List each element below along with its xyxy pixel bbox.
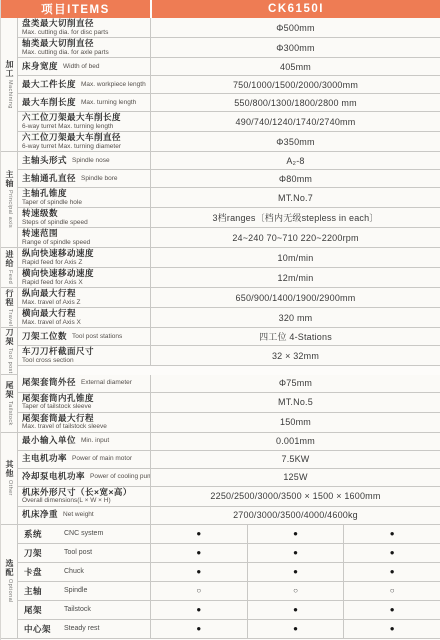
row-value-cell: 24~240 70~710 220~2200rpm (151, 228, 440, 247)
row-value-cell: Φ350mm (151, 132, 440, 151)
row-label-zh: 机床外形尺寸（长×宽×高） (22, 488, 148, 498)
spec-section: 行程Travel纵向最大行程Max. travel of Axis Z650/9… (1, 288, 440, 328)
row-value-text: Φ350mm (276, 137, 314, 147)
row-value-text: 32 × 32mm (272, 351, 319, 361)
section-sidebar-label-zh: 尾架 (5, 381, 13, 399)
row-label-zh: 轴类最大切削直径 (22, 39, 148, 49)
availability-cell: ● (248, 563, 345, 581)
row-label-en: Max. travel of Axis X (22, 319, 148, 326)
section-sidebar: 刀架Tool post (1, 328, 18, 375)
row-label-zh: 车刀刀杆截面尺寸 (22, 347, 148, 357)
section-sidebar-label-en: Principal axis (6, 190, 12, 228)
row-label-zh: 转速范围 (22, 229, 148, 239)
row-label-en: Width of bed (63, 63, 100, 70)
row-label-zh: 纵向快速移动速度 (22, 249, 148, 259)
filled-dot-icon: ● (293, 529, 298, 538)
row-value-text: Φ80mm (279, 174, 312, 184)
availability-cell: ● (248, 601, 345, 619)
section-sidebar: 进给Feed (1, 248, 18, 288)
section-rows: 纵向最大行程Max. travel of Axis Z650/900/1400/… (18, 288, 440, 328)
spec-section: 加工Machining盘类最大切削直径Max. cutting dia. for… (1, 18, 440, 152)
optional-row: 中心架Steady rest●●● (18, 620, 440, 639)
section-sidebar: 选配Optional (1, 525, 18, 639)
row-value-cell: 3档ranges〔档内无级stepless in each〕 (151, 208, 440, 227)
row-label-en: Max. travel of Axis Z (22, 299, 148, 306)
table-row: 主轴头形式Spindle noseA₂-8 (18, 152, 440, 170)
row-label-cell: 尾架Tailstock (18, 601, 151, 619)
row-label-en: Spindle (64, 587, 87, 594)
row-label-cell: 系统CNC system (18, 525, 151, 543)
row-label-zh: 主轴 (24, 585, 64, 597)
row-label-cell: 尾架套筒内孔锥度Taper of tailstock sleeve (18, 393, 151, 412)
row-value-text: 550/800/1300/1800/2800 mm (234, 98, 357, 108)
spec-section: 主轴Principal axis主轴头形式Spindle noseA₂-8主轴通… (1, 152, 440, 248)
row-value-text: 125W (283, 472, 307, 482)
row-label-en: Tool post (64, 549, 92, 556)
row-label-zh: 最小输入单位 (22, 436, 76, 446)
section-sidebar-label-en: Feed (6, 270, 12, 284)
row-label-en: CNC system (64, 530, 103, 537)
row-value-cell: 650/900/1400/1900/2900mm (151, 288, 440, 307)
row-value-cell: Φ500mm (151, 18, 440, 37)
section-rows: 主轴头形式Spindle noseA₂-8主轴通孔直径Spindle boreΦ… (18, 152, 440, 248)
availability-cell: ○ (248, 582, 345, 600)
table-row: 转速级数Steps of spindle speed3档ranges〔档内无级s… (18, 208, 440, 228)
row-label-en: Max. workpiece length (81, 81, 146, 88)
section-sidebar-label-en: Tailstock (6, 401, 12, 426)
row-label-en: Spindle nose (72, 157, 110, 164)
row-label-zh: 六工位刀架最大车削长度 (22, 113, 148, 123)
row-label-en: Tool post stations (72, 333, 122, 340)
open-dot-icon: ○ (390, 586, 395, 595)
row-label-cell: 盘类最大切削直径Max. cutting dia. for disc parts (18, 18, 151, 37)
row-label-cell: 转速级数Steps of spindle speed (18, 208, 151, 227)
row-label-en: Max. turning length (81, 99, 136, 106)
row-label-zh: 盘类最大切削直径 (22, 19, 148, 29)
row-value-text: 2700/3000/3500/4000/4600kg (233, 510, 358, 520)
availability-cell: ● (151, 525, 248, 543)
row-value-cell: Φ300mm (151, 38, 440, 57)
row-label-cell: 六工位刀架最大车削直径6-way turret Max. turning dia… (18, 132, 151, 151)
section-sidebar-label-zh: 行程 (5, 289, 13, 307)
row-label-en: Min. input (81, 437, 109, 444)
section-rows: 系统CNC system●●●刀架Tool post●●●卡盘Chuck●●●主… (18, 525, 440, 639)
open-dot-icon: ○ (293, 586, 298, 595)
availability-cell: ● (344, 620, 440, 638)
optional-section: 选配Optional系统CNC system●●●刀架Tool post●●●卡… (1, 525, 440, 639)
table-row: 六工位刀架最大车削长度6-way turret Max. turning len… (18, 112, 440, 132)
row-value-cell: 四工位 4-Stations (151, 328, 440, 345)
table-row: 尾架套筒外径External diameterΦ75mm (18, 375, 440, 393)
table-row: 转速范围Range of spindle speed24~240 70~710 … (18, 228, 440, 248)
row-label-en: Spindle bore (81, 175, 118, 182)
row-label-cell: 纵向快速移动速度Rapid feed for Axis Z (18, 248, 151, 267)
section-sidebar: 行程Travel (1, 288, 18, 328)
table-header: 项目ITEMS CK6150I (1, 0, 440, 18)
row-label-zh: 刀架工位数 (22, 332, 67, 342)
row-label-en: Power of main motor (72, 455, 132, 462)
spec-section: 进给Feed纵向快速移动速度Rapid feed for Axis Z10m/m… (1, 248, 440, 288)
filled-dot-icon: ● (196, 529, 201, 538)
row-value-cell: MT.No.7 (151, 188, 440, 207)
row-value-cell: A₂-8 (151, 152, 440, 169)
section-sidebar-label-en: Tool post (6, 348, 12, 374)
filled-dot-icon: ● (390, 529, 395, 538)
row-label-cell: 横向最大行程Max. travel of Axis X (18, 308, 151, 327)
row-value-cell: 32 × 32mm (151, 346, 440, 365)
section-rows: 盘类最大切削直径Max. cutting dia. for disc parts… (18, 18, 440, 152)
row-label-cell: 最大工件长度Max. workpiece length (18, 76, 151, 93)
table-row: 主电机功率Power of main motor7.5KW (18, 451, 440, 469)
row-label-zh: 尾架套筒最大行程 (22, 414, 148, 424)
row-value-cell: Φ80mm (151, 170, 440, 187)
row-label-cell: 刀架工位数Tool post stations (18, 328, 151, 345)
row-label-zh: 最大车削长度 (22, 98, 76, 108)
row-label-en: Max. travel of tailstock sleeve (22, 423, 148, 430)
row-value-text: 490/740/1240/1740/2740mm (236, 117, 356, 127)
row-label-en: Tailstock (64, 606, 91, 613)
availability-cell: ● (344, 544, 440, 562)
availability-cell: ● (151, 563, 248, 581)
row-label-en: Steady rest (64, 625, 99, 632)
row-label-cell: 尾架套筒最大行程Max. travel of tailstock sleeve (18, 413, 151, 432)
row-value-cell: 405mm (151, 58, 440, 75)
spec-table-body: 加工Machining盘类最大切削直径Max. cutting dia. for… (1, 18, 440, 639)
row-value-text: 2250/2500/3000/3500 × 1500 × 1600mm (210, 491, 380, 501)
filled-dot-icon: ● (196, 624, 201, 633)
row-value-cell: 0.001mm (151, 433, 440, 450)
row-label-zh: 中心架 (24, 623, 64, 635)
section-rows: 刀架工位数Tool post stations四工位 4-Stations车刀刀… (18, 328, 440, 375)
row-value-cell: 320 mm (151, 308, 440, 327)
optional-row: 尾架Tailstock●●● (18, 601, 440, 620)
row-value-text: Φ75mm (279, 378, 312, 388)
availability-cell: ● (248, 544, 345, 562)
filled-dot-icon: ● (196, 548, 201, 557)
row-value-cell: 125W (151, 469, 440, 486)
row-label-zh: 机床净重 (22, 510, 58, 520)
spec-section: 其他Other最小输入单位Min. input0.001mm主电机功率Power… (1, 433, 440, 525)
table-row: 最小输入单位Min. input0.001mm (18, 433, 440, 451)
availability-cell: ● (344, 525, 440, 543)
section-sidebar-label-zh: 刀架 (5, 328, 13, 346)
section-sidebar: 主轴Principal axis (1, 152, 18, 248)
row-value-text: 7.5KW (281, 454, 309, 464)
spec-section: 尾架Tailstock尾架套筒外径External diameterΦ75mm尾… (1, 375, 440, 433)
spec-section: 刀架Tool post刀架工位数Tool post stations四工位 4-… (1, 328, 440, 375)
row-label-en: Chuck (64, 568, 84, 575)
row-label-en: Rapid feed for Axis Z (22, 259, 148, 266)
row-value-text: 405mm (280, 62, 311, 72)
row-value-text: 3档ranges〔档内无级stepless in each〕 (212, 211, 378, 224)
row-label-zh: 横向快速移动速度 (22, 269, 148, 279)
section-sidebar: 加工Machining (1, 18, 18, 152)
row-value-cell: 150mm (151, 413, 440, 432)
row-label-cell: 主轴通孔直径Spindle bore (18, 170, 151, 187)
availability-cell: ● (248, 620, 345, 638)
row-label-zh: 主轴通孔直径 (22, 174, 76, 184)
row-label-cell: 主轴孔锥度Taper of spindle hole (18, 188, 151, 207)
row-label-cell: 卡盘Chuck (18, 563, 151, 581)
table-row: 尾架套筒最大行程Max. travel of tailstock sleeve1… (18, 413, 440, 433)
row-value-cell: 7.5KW (151, 451, 440, 468)
row-label-zh: 尾架 (24, 604, 64, 616)
row-label-cell: 床身宽度Width of bed (18, 58, 151, 75)
row-value-text: 150mm (280, 417, 311, 427)
availability-cell: ● (344, 601, 440, 619)
filled-dot-icon: ● (390, 624, 395, 633)
row-label-en: Taper of spindle hole (22, 199, 148, 206)
table-row: 主轴孔锥度Taper of spindle holeMT.No.7 (18, 188, 440, 208)
section-rows: 最小输入单位Min. input0.001mm主电机功率Power of mai… (18, 433, 440, 525)
row-label-cell: 六工位刀架最大车削长度6-way turret Max. turning len… (18, 112, 151, 131)
row-label-en: Max. cutting dia. for disc parts (22, 29, 148, 36)
table-row: 盘类最大切削直径Max. cutting dia. for disc parts… (18, 18, 440, 38)
table-row: 纵向最大行程Max. travel of Axis Z650/900/1400/… (18, 288, 440, 308)
row-value-cell: 2700/3000/3500/4000/4600kg (151, 507, 440, 524)
row-label-en: Steps of spindle speed (22, 219, 148, 226)
optional-row: 卡盘Chuck●●● (18, 563, 440, 582)
open-dot-icon: ○ (196, 586, 201, 595)
filled-dot-icon: ● (390, 548, 395, 557)
row-label-en: External diameter (81, 379, 132, 386)
row-value-cell: 2250/2500/3000/3500 × 1500 × 1600mm (151, 487, 440, 506)
row-value-text: 650/900/1400/1900/2900mm (236, 293, 356, 303)
row-label-zh: 尾架套筒外径 (22, 378, 76, 388)
row-label-zh: 最大工件长度 (22, 80, 76, 90)
row-value-cell: MT.No.5 (151, 393, 440, 412)
row-label-zh: 主电机功率 (22, 454, 67, 464)
table-row: 尾架套筒内孔锥度Taper of tailstock sleeveMT.No.5 (18, 393, 440, 413)
section-sidebar-label-zh: 其他 (5, 460, 13, 478)
filled-dot-icon: ● (293, 605, 298, 614)
row-label-zh: 系统 (24, 528, 64, 540)
table-row: 刀架工位数Tool post stations四工位 4-Stations (18, 328, 440, 346)
table-row: 横向快速移动速度Rapid feed for Axis X12m/min (18, 268, 440, 288)
table-row: 床身宽度Width of bed405mm (18, 58, 440, 76)
filled-dot-icon: ● (196, 567, 201, 576)
section-sidebar: 尾架Tailstock (1, 375, 18, 433)
filled-dot-icon: ● (390, 567, 395, 576)
row-label-cell: 转速范围Range of spindle speed (18, 228, 151, 247)
header-items-label: 项目ITEMS (41, 1, 110, 17)
section-sidebar-label-zh: 选配 (5, 559, 13, 577)
row-label-en: Rapid feed for Axis X (22, 279, 148, 286)
table-row: 最大车削长度Max. turning length550/800/1300/18… (18, 94, 440, 112)
availability-cell: ● (344, 563, 440, 581)
row-value-cell: 550/800/1300/1800/2800 mm (151, 94, 440, 111)
row-label-cell: 横向快速移动速度Rapid feed for Axis X (18, 268, 151, 287)
section-sidebar-label-zh: 进给 (5, 250, 13, 268)
row-value-text: Φ500mm (276, 23, 314, 33)
row-label-zh: 六工位刀架最大车削直径 (22, 133, 148, 143)
row-label-zh: 刀架 (24, 547, 64, 559)
row-value-cell: 10m/min (151, 248, 440, 267)
optional-row: 刀架Tool post●●● (18, 544, 440, 563)
table-row: 横向最大行程Max. travel of Axis X320 mm (18, 308, 440, 328)
row-value-text: 24~240 70~710 220~2200rpm (232, 233, 358, 243)
row-label-zh: 尾架套筒内孔锥度 (22, 394, 148, 404)
row-label-zh: 主轴孔锥度 (22, 189, 148, 199)
row-label-zh: 卡盘 (24, 566, 64, 578)
filled-dot-icon: ● (293, 567, 298, 576)
section-sidebar-label-en: Optional (6, 579, 12, 603)
row-label-en: Max. cutting dia. for axle parts (22, 49, 148, 56)
row-value-text: 四工位 4-Stations (259, 330, 332, 343)
filled-dot-icon: ● (196, 605, 201, 614)
table-row: 机床净重Net weight2700/3000/3500/4000/4600kg (18, 507, 440, 525)
row-label-en: Net weight (63, 511, 94, 518)
row-label-cell: 最小输入单位Min. input (18, 433, 151, 450)
row-value-text: 12m/min (278, 273, 314, 283)
row-label-cell: 中心架Steady rest (18, 620, 151, 638)
spec-sheet-page: 项目ITEMS CK6150I 加工Machining盘类最大切削直径Max. … (0, 0, 440, 640)
row-label-en: Tool cross section (22, 357, 148, 364)
row-label-zh: 床身宽度 (22, 62, 58, 72)
table-row: 六工位刀架最大车削直径6-way turret Max. turning dia… (18, 132, 440, 152)
row-label-en: Taper of tailstock sleeve (22, 403, 148, 410)
row-label-cell: 轴类最大切削直径Max. cutting dia. for axle parts (18, 38, 151, 57)
row-label-en: 6-way turret Max. turning length (22, 123, 148, 130)
row-label-cell: 主轴Spindle (18, 582, 151, 600)
row-label-zh: 横向最大行程 (22, 309, 148, 319)
row-label-cell: 车刀刀杆截面尺寸Tool cross section (18, 346, 151, 365)
section-rows: 纵向快速移动速度Rapid feed for Axis Z10m/min横向快速… (18, 248, 440, 288)
section-rows: 尾架套筒外径External diameterΦ75mm尾架套筒内孔锥度Tape… (18, 375, 440, 433)
section-sidebar-label-en: Other (6, 480, 12, 496)
section-sidebar-label-zh: 加工 (5, 60, 13, 78)
row-label-cell: 机床净重Net weight (18, 507, 151, 524)
row-value-text: Φ300mm (276, 43, 314, 53)
row-label-cell: 主电机功率Power of main motor (18, 451, 151, 468)
row-label-zh: 纵向最大行程 (22, 289, 148, 299)
row-label-cell: 主轴头形式Spindle nose (18, 152, 151, 169)
row-label-en: Power of cooling pump (90, 473, 151, 480)
row-value-text: MT.No.5 (278, 397, 313, 407)
optional-row: 主轴Spindle○○○ (18, 582, 440, 601)
section-sidebar: 其他Other (1, 433, 18, 525)
row-label-zh: 冷却泵电机功率 (22, 472, 85, 482)
filled-dot-icon: ● (390, 605, 395, 614)
row-label-cell: 尾架套筒外径External diameter (18, 375, 151, 392)
row-value-text: 750/1000/1500/2000/3000mm (233, 80, 358, 90)
row-value-text: 10m/min (278, 253, 314, 263)
row-value-cell: 12m/min (151, 268, 440, 287)
availability-cell: ● (248, 525, 345, 543)
row-label-en: Overall dimensions(L × W × H) (22, 497, 148, 504)
row-value-cell: 750/1000/1500/2000/3000mm (151, 76, 440, 93)
row-value-text: 0.001mm (276, 436, 315, 446)
filled-dot-icon: ● (293, 624, 298, 633)
row-label-cell: 冷却泵电机功率Power of cooling pump (18, 469, 151, 486)
row-value-cell: Φ75mm (151, 375, 440, 392)
section-sidebar-label-en: Machining (6, 80, 12, 109)
availability-cell: ● (151, 620, 248, 638)
row-label-zh: 主轴头形式 (22, 156, 67, 166)
section-sidebar-label-zh: 主轴 (5, 170, 13, 188)
row-value-text: 320 mm (279, 313, 313, 323)
row-label-cell: 机床外形尺寸（长×宽×高）Overall dimensions(L × W × … (18, 487, 151, 506)
availability-cell: ○ (344, 582, 440, 600)
availability-cell: ● (151, 601, 248, 619)
row-value-text: A₂-8 (286, 156, 304, 166)
table-row: 机床外形尺寸（长×宽×高）Overall dimensions(L × W × … (18, 487, 440, 507)
row-value-cell: 490/740/1240/1740/2740mm (151, 112, 440, 131)
row-label-cell: 刀架Tool post (18, 544, 151, 562)
row-value-text: MT.No.7 (278, 193, 313, 203)
table-row: 纵向快速移动速度Rapid feed for Axis Z10m/min (18, 248, 440, 268)
table-row: 最大工件长度Max. workpiece length750/1000/1500… (18, 76, 440, 94)
row-label-cell: 纵向最大行程Max. travel of Axis Z (18, 288, 151, 307)
row-label-cell: 最大车削长度Max. turning length (18, 94, 151, 111)
table-row: 主轴通孔直径Spindle boreΦ80mm (18, 170, 440, 188)
row-label-en: 6-way turret Max. turning diameter (22, 143, 148, 150)
row-label-zh: 转速级数 (22, 209, 148, 219)
row-label-en: Range of spindle speed (22, 239, 148, 246)
section-sidebar-label-en: Travel (6, 309, 12, 326)
filled-dot-icon: ● (293, 548, 298, 557)
header-model-label: CK6150I (268, 3, 324, 15)
table-row: 车刀刀杆截面尺寸Tool cross section32 × 32mm (18, 346, 440, 366)
optional-row: 系统CNC system●●● (18, 525, 440, 544)
table-row: 冷却泵电机功率Power of cooling pump125W (18, 469, 440, 487)
availability-cell: ○ (151, 582, 248, 600)
header-items-cell: 项目ITEMS (1, 0, 152, 18)
table-row: 轴类最大切削直径Max. cutting dia. for axle parts… (18, 38, 440, 58)
availability-cell: ● (151, 544, 248, 562)
header-model-cell: CK6150I (152, 0, 440, 18)
